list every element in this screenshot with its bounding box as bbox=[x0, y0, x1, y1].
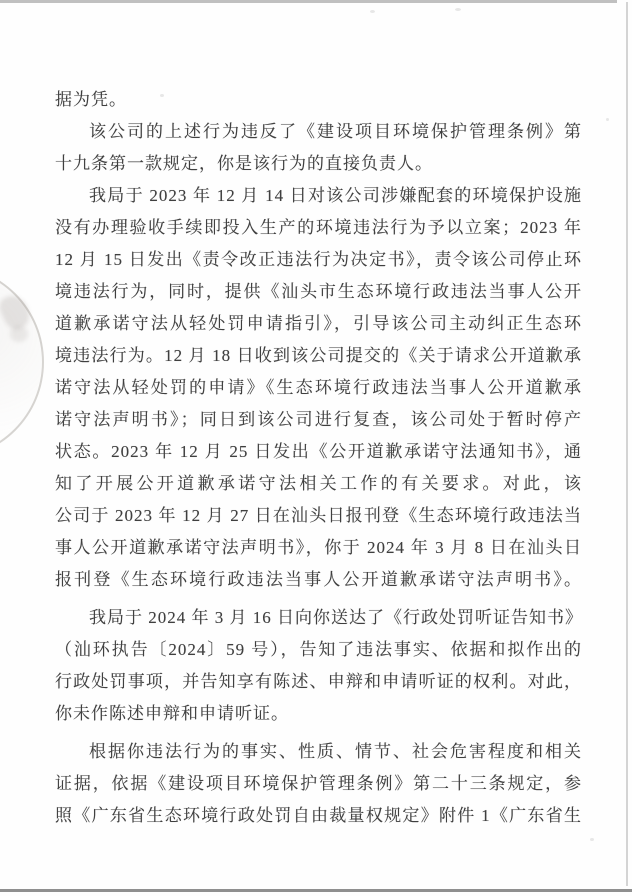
text-line: 行政处罚事项，并告知享有陈述、申辩和申请听证的权利。对此， bbox=[55, 666, 582, 698]
scan-noise-speck bbox=[590, 838, 594, 841]
text-line: 境违法行为。12 月 18 日收到该公司提交的《关于请求公开道歉承 bbox=[55, 340, 582, 372]
text-line: 12 月 15 日发出《责令改正违法行为决定书》，责令该公司停止环 bbox=[55, 244, 582, 276]
text-line: 你未作陈述申辩和申请听证。 bbox=[55, 698, 582, 730]
text-line: 境违法行为，同时，提供《汕头市生态环境行政违法当事人公开 bbox=[55, 276, 582, 308]
text-line: 根据你违法行为的事实、性质、情节、社会危害程度和相关 bbox=[55, 736, 582, 768]
scan-noise-speck bbox=[455, 8, 461, 11]
document-body-text: 据为凭。 该公司的上述行为违反了《建设项目环境保护管理条例》第 十九条第一款规定… bbox=[55, 84, 582, 832]
text-line: 我局于 2023 年 12 月 14 日对该公司涉嫌配套的环境保护设施 bbox=[55, 180, 582, 212]
page-edge-right bbox=[626, 2, 628, 886]
text-line: 道歉承诺守法从轻处罚申请指引》，引导该公司主动纠正生态环 bbox=[55, 308, 582, 340]
text-line: 我局于 2024 年 3 月 16 日向你送达了《行政处罚听证告知书》 bbox=[55, 602, 582, 634]
text-line: 证据，依据《建设项目环境保护管理条例》第二十三条规定，参 bbox=[55, 768, 582, 800]
text-line: 状态。2023 年 12 月 25 日发出《公开道歉承诺守法通知书》，通 bbox=[55, 436, 582, 468]
text-line: （汕环执告〔2024〕59 号），告知了违法事实、依据和拟作出的 bbox=[55, 634, 582, 666]
seal-imprint-smudge bbox=[10, 326, 28, 342]
text-line: 据为凭。 bbox=[55, 84, 582, 116]
scan-noise-speck bbox=[606, 118, 609, 121]
text-line: 诺守法声明书》；同日到该公司进行复查，该公司处于暂时停产 bbox=[55, 404, 582, 436]
scan-noise-speck bbox=[370, 10, 375, 13]
document-page: 据为凭。 该公司的上述行为违反了《建设项目环境保护管理条例》第 十九条第一款规定… bbox=[0, 0, 632, 896]
text-line: 公司于 2023 年 12 月 27 日在汕头日报刊登《生态环境行政违法当 bbox=[55, 500, 582, 532]
page-edge-bottom bbox=[0, 889, 632, 892]
text-line: 没有办理验收手续即投入生产的环境违法行为予以立案；2023 年 bbox=[55, 212, 582, 244]
text-line: 知了开展公开道歉承诺守法相关工作的有关要求。对此，该 bbox=[55, 468, 582, 500]
text-line: 该公司的上述行为违反了《建设项目环境保护管理条例》第 bbox=[55, 116, 582, 148]
seal-imprint bbox=[0, 265, 44, 459]
page-edge-top bbox=[0, 0, 617, 3]
text-line: 照《广东省生态环境行政处罚自由裁量权规定》附件 1《广东省生 bbox=[55, 800, 582, 832]
text-line: 十九条第一款规定，你是该行为的直接负责人。 bbox=[55, 148, 582, 180]
text-line: 诺守法从轻处罚的申请》《生态环境行政违法当事人公开道歉承 bbox=[55, 372, 582, 404]
text-line: 事人公开道歉承诺守法声明书》，你于 2024 年 3 月 8 日在汕头日 bbox=[55, 532, 582, 564]
text-line: 报刊登《生态环境行政违法当事人公开道歉承诺守法声明书》。 bbox=[55, 564, 582, 596]
